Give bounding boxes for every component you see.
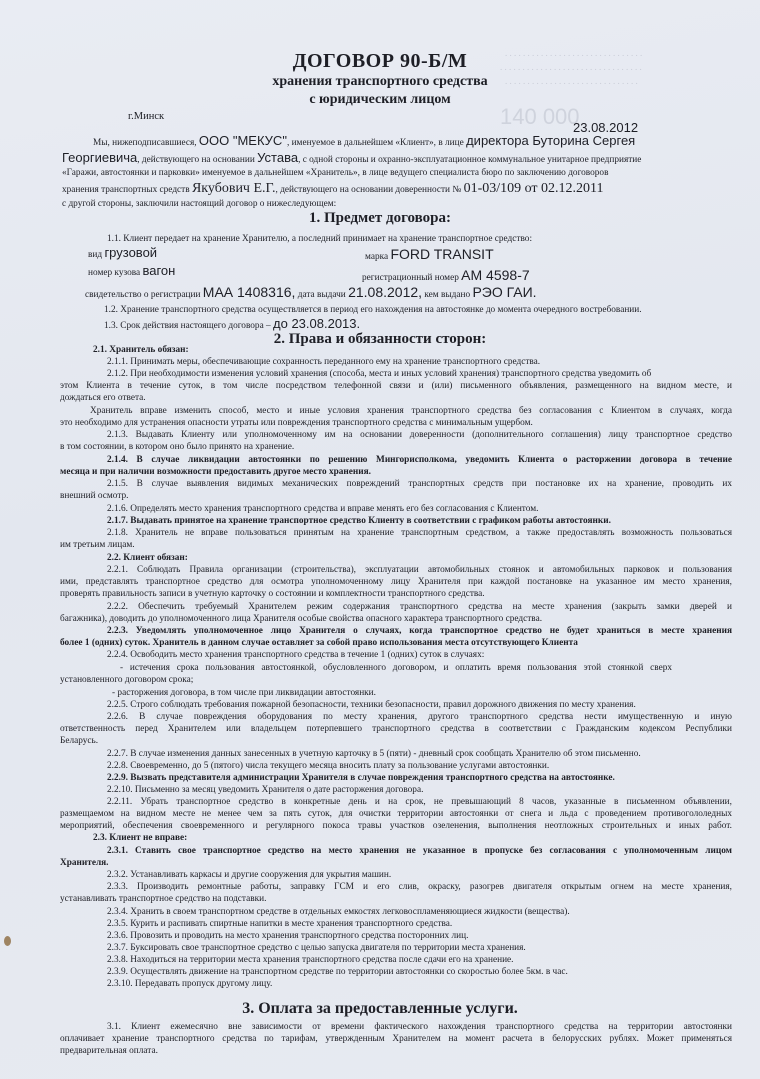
clause-1-1: 1.1. Клиент передает на хранение Храните… bbox=[107, 234, 532, 245]
clause-1-3: 1.3. Срок действия настоящего договора –… bbox=[104, 318, 360, 332]
contract-title: ДОГОВОР 90-Б/М bbox=[0, 50, 760, 73]
preamble-line-4: хранения транспортных средств Якубович Е… bbox=[62, 183, 604, 196]
section-2-line: Хранитель вправе изменить способ, место … bbox=[90, 406, 732, 417]
section-2-line: 2.2.10. Письменно за месяц уведомить Хра… bbox=[107, 785, 423, 796]
section-2-line: им третьим лицам. bbox=[60, 540, 135, 551]
section-2-line: Хранителя. bbox=[60, 858, 109, 869]
section-1-heading: 1. Предмет договора: bbox=[0, 210, 760, 227]
section-2-line: 2.3.4. Хранить в своем транспортном сред… bbox=[107, 907, 570, 918]
section-2-line: 2.3.8. Находиться на территории места хр… bbox=[107, 955, 514, 966]
paper-stain bbox=[4, 936, 11, 946]
client-basis: Устава bbox=[257, 150, 298, 165]
section-3-line: предварительная оплата. bbox=[60, 1046, 158, 1057]
section-2-line: 2.3. Клиент не вправе: bbox=[93, 833, 187, 844]
section-2-line: - истечения срока пользования автостоянк… bbox=[120, 663, 672, 674]
section-2-line: дождаться его ответа. bbox=[60, 393, 146, 404]
section-2-line: 2.2.4. Освободить место хранения транспо… bbox=[107, 650, 484, 661]
section-2-line: 2.1.3. Выдавать Клиенту или уполномоченн… bbox=[107, 430, 732, 441]
section-2-line: 2.1.2. При необходимости изменения услов… bbox=[107, 369, 651, 380]
section-2-line: 2.3.1. Ставить свое транспортное средств… bbox=[107, 846, 732, 857]
section-2-line: внешний осмотр. bbox=[60, 491, 128, 502]
section-2-line: 2.3.5. Курить и распивать спиртные напит… bbox=[107, 919, 452, 930]
section-2-line: 2.2.3. Уведомлять уполномоченное лицо Хр… bbox=[107, 626, 732, 637]
vehicle-type: вид грузовой bbox=[88, 247, 157, 261]
section-2-line: 2.1.1. Принимать меры, обеспечивающие со… bbox=[107, 357, 540, 368]
client-name: ООО "МЕКУС" bbox=[199, 133, 287, 148]
section-2-line: размещаемом на видном месте не менее чем… bbox=[60, 809, 732, 820]
client-director: директора Буторина Сергея bbox=[466, 133, 635, 148]
vehicle-body-number: номер кузова вагон bbox=[88, 265, 175, 279]
section-2-line: 2.2.1. Соблюдать Правила организации (ст… bbox=[107, 565, 732, 576]
section-2-line: 2.1.4. В случае ликвидации автостоянки п… bbox=[107, 455, 732, 466]
section-2-line: 2.2.8. Своевременно, до 5 (пятого) числа… bbox=[107, 761, 549, 772]
section-2-line: 2.3.10. Передавать пропуск другому лицу. bbox=[107, 979, 272, 990]
section-2-line: мероприятий, обеспечения своевременного … bbox=[60, 821, 732, 832]
section-2-line: 2.3.7. Буксировать свое транспортное сре… bbox=[107, 943, 526, 954]
section-2-line: 2.2. Клиент обязан: bbox=[107, 553, 188, 564]
preamble-line-2: Георгиевича, действующего на основании У… bbox=[62, 152, 641, 166]
section-2-line: 2.1.7. Выдавать принятое на хранение тра… bbox=[107, 516, 611, 527]
vehicle-reg-number: регистрационный номер АМ 4598-7 bbox=[362, 270, 530, 284]
section-2-line: 2.2.2. Обеспечить требуемый Хранителем р… bbox=[107, 602, 732, 613]
registration-certificate: свидетельство о регистрации МАА 1408316,… bbox=[85, 287, 537, 301]
vehicle-brand: марка FORD TRANSIT bbox=[365, 249, 494, 263]
section-2-line: в том состоянии, в котором оно было прин… bbox=[60, 442, 294, 453]
section-2-line: 2.2.6. В случае повреждения оборудования… bbox=[107, 712, 732, 723]
section-2-line: этом Клиента в течение суток, в том числ… bbox=[60, 381, 732, 392]
section-2-line: 2.1.5. В случае выявления видимых механи… bbox=[107, 479, 732, 490]
preamble-line-3: «Гаражи, автостоянки и парковки» именуем… bbox=[62, 168, 608, 179]
contract-subtitle-2: с юридическим лицом bbox=[0, 92, 760, 108]
section-2-line: проверять правильность записи в учетную … bbox=[60, 589, 485, 600]
power-of-attorney: 01-03/109 от 02.12.2011 bbox=[464, 181, 604, 196]
section-2-line: 2.1.6. Определять место хранения транспо… bbox=[107, 504, 538, 515]
contract-date: 23.08.2012 bbox=[573, 122, 638, 133]
contract-page: 140 000 . . . . . . . . . . . . . . . . … bbox=[0, 0, 760, 1079]
section-2-line: 2.2.7. В случае изменения данных занесен… bbox=[107, 749, 641, 760]
section-2-line: более 1 (одних) суток. Хранитель в данно… bbox=[60, 638, 578, 649]
section-3-line: оплачивает хранение транспортного средст… bbox=[60, 1034, 732, 1045]
section-2-line: ответственность перед Хранителем или вла… bbox=[60, 724, 732, 735]
section-3-heading: 3. Оплата за предоставленные услуги. bbox=[0, 1000, 760, 1018]
section-2-line: - расторжения договора, в том числе при … bbox=[112, 688, 376, 699]
contract-subtitle-1: хранения транспортного средства bbox=[0, 74, 760, 90]
section-3-line: 3.1. Клиент ежемесячно вне зависимости о… bbox=[107, 1022, 732, 1033]
section-2-line: 2.1.8. Хранитель не вправе пользоваться … bbox=[107, 528, 732, 539]
section-2-line: Беларусь. bbox=[60, 736, 98, 747]
section-2-line: 2.3.2. Устанавливать каркасы и другие со… bbox=[107, 870, 391, 881]
keeper-representative: Якубович Е.Г. bbox=[192, 181, 276, 196]
section-2-line: ими, представлять транспортное средство … bbox=[60, 577, 732, 588]
section-2-line: это необходимо для устранения опасности … bbox=[60, 418, 533, 429]
preamble-line-1: Мы, нижеподписавшиеся, ООО "МЕКУС", имен… bbox=[93, 135, 635, 149]
section-2-line: 2.2.9. Вызвать представителя администрац… bbox=[107, 773, 615, 784]
section-2-line: 2.3.9. Осуществлять движение на транспор… bbox=[107, 967, 568, 978]
section-2-line: 2.2.5. Строго соблюдать требования пожар… bbox=[107, 700, 636, 711]
section-2-line: багажника), доводить до уполномоченного … bbox=[60, 614, 542, 625]
section-2-line: устанавливать транспортное средство на п… bbox=[60, 894, 266, 905]
section-2-line: месяца и при наличии возможности предост… bbox=[60, 467, 371, 478]
section-2-line: 2.1. Хранитель обязан: bbox=[93, 345, 189, 356]
section-2-line: установленного договором срока; bbox=[60, 675, 193, 686]
section-2-line: 2.3.6. Провозить и проводить на место хр… bbox=[107, 931, 468, 942]
contract-city: г.Минск bbox=[128, 111, 164, 122]
section-2-line: 2.3.3. Производить ремонтные работы, зап… bbox=[107, 882, 732, 893]
section-2-line: 2.2.11. Убрать транспортное средство в к… bbox=[107, 797, 732, 808]
preamble-line-5: с другой стороны, заключили настоящий до… bbox=[62, 199, 336, 210]
clause-1-2: 1.2. Хранение транспортного средства осу… bbox=[104, 305, 642, 316]
